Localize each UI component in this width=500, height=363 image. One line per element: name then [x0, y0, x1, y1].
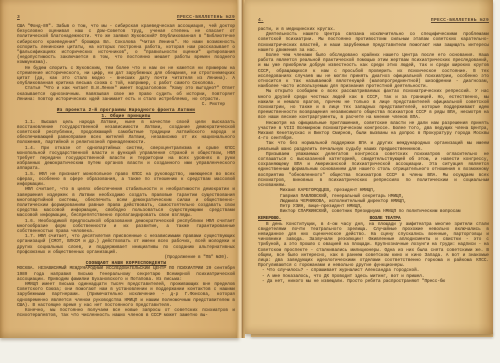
paragraph: Призываем уважаемых делегатов конгресса … — [258, 152, 489, 188]
left-page: 3 ПРЕСС-БЮЛЛЕТЕНЬ №29 США "Фонд-89". Заб… — [0, 0, 239, 338]
paragraph: Деятельность нашего Центра связана исклю… — [258, 32, 489, 53]
paragraph: НМИЦП имеет письма одиннадцати тысяч пре… — [17, 282, 235, 308]
place-label: КЕМЕРОВО. — [258, 216, 281, 221]
paragraph: Мы открыто сообщаем о всех рассматриваем… — [258, 89, 489, 120]
left-page-number: 3 — [17, 15, 20, 21]
dialogue-line: - Да нет, никого мы не извещали. Просто … — [258, 279, 489, 284]
bulletin-title: ПРЕСС-БЮЛЛЕТЕНЬ №29 — [431, 18, 489, 24]
paragraph: Статья "Что и как читает В.И.Ленин" имее… — [17, 86, 235, 102]
paragraph: НФЛ считает, что в целях обеспечения ста… — [17, 187, 235, 218]
section-heading: ВОЗЛЕ ТЕАТРА — [281, 216, 489, 221]
paragraph: Конечно, мы постоянно получаем все новые… — [17, 308, 235, 318]
right-page-number: 4. — [258, 18, 264, 24]
paragraph: 1.5. НФЛ не признает монопольное право К… — [17, 172, 235, 188]
section-heading: Из проекта 2-й программы Народного фронт… — [17, 108, 235, 113]
paragraph: Не будем спорить с Жуковским, тем более … — [17, 66, 235, 87]
paragraph: МОСКВА. НЕЗАВИСИМЫЙ МЕЖДУНАРОДНЫЙ ИССЛЕД… — [17, 266, 235, 282]
article-continuation: США "Фонд-89". Забыв о том, что мы - сиб… — [17, 24, 235, 66]
right-page: 4. ПРЕСС-БЮЛЛЕТЕНЬ №29 расти, и в медици… — [245, 0, 493, 334]
right-page-header: 4. ПРЕСС-БЮЛЛЕТЕНЬ №29 — [258, 18, 489, 24]
paragraph: 1.1. Высшая цель народа Латвии, ныне в к… — [17, 120, 235, 146]
continuation-note: (Продолжение в "ПБ" №30). — [17, 255, 235, 260]
bulletin-title: ПРЕСС-БЮЛЛЕТЕНЬ №29 — [177, 15, 235, 21]
paragraph: В день Конституции, в 4-ом часу дня, на … — [258, 222, 489, 269]
paragraph: Более чем членами было обследовано крайн… — [258, 53, 489, 89]
scanned-bulletin-spread: 3 ПРЕСС-БЮЛЛЕТЕНЬ №29 США "Фонд-89". Заб… — [0, 0, 500, 363]
book-spine — [237, 0, 245, 338]
place-and-heading: КЕМЕРОВО.ВОЗЛЕ ТЕАТРА — [258, 216, 489, 221]
paragraph: 1.6. Необходимой предпосылкой образовани… — [17, 219, 235, 235]
paragraph: Несмотря на официальные приглашения, сов… — [258, 121, 489, 142]
paragraph: Так что без нормальной поддержки ВПА и д… — [258, 141, 489, 151]
left-page-header: 3 ПРЕСС-БЮЛЛЕТЕНЬ №29 — [17, 15, 235, 21]
left-page-body: США "Фонд-89". Забыв о том, что мы - сиб… — [17, 24, 235, 318]
paragraph: 1.4. При отказе от однопартийных систем,… — [17, 146, 235, 172]
paragraph: 1.7. НФЛ считает, что десятилетия присво… — [17, 234, 235, 255]
signature: С. Рихтер — [17, 102, 235, 107]
right-page-body: расти, и в медицинских кругах.Деятельнос… — [258, 27, 489, 284]
signature-line: Виктор СПАРЖИНСКИЙ, советник Президиума … — [258, 209, 489, 214]
